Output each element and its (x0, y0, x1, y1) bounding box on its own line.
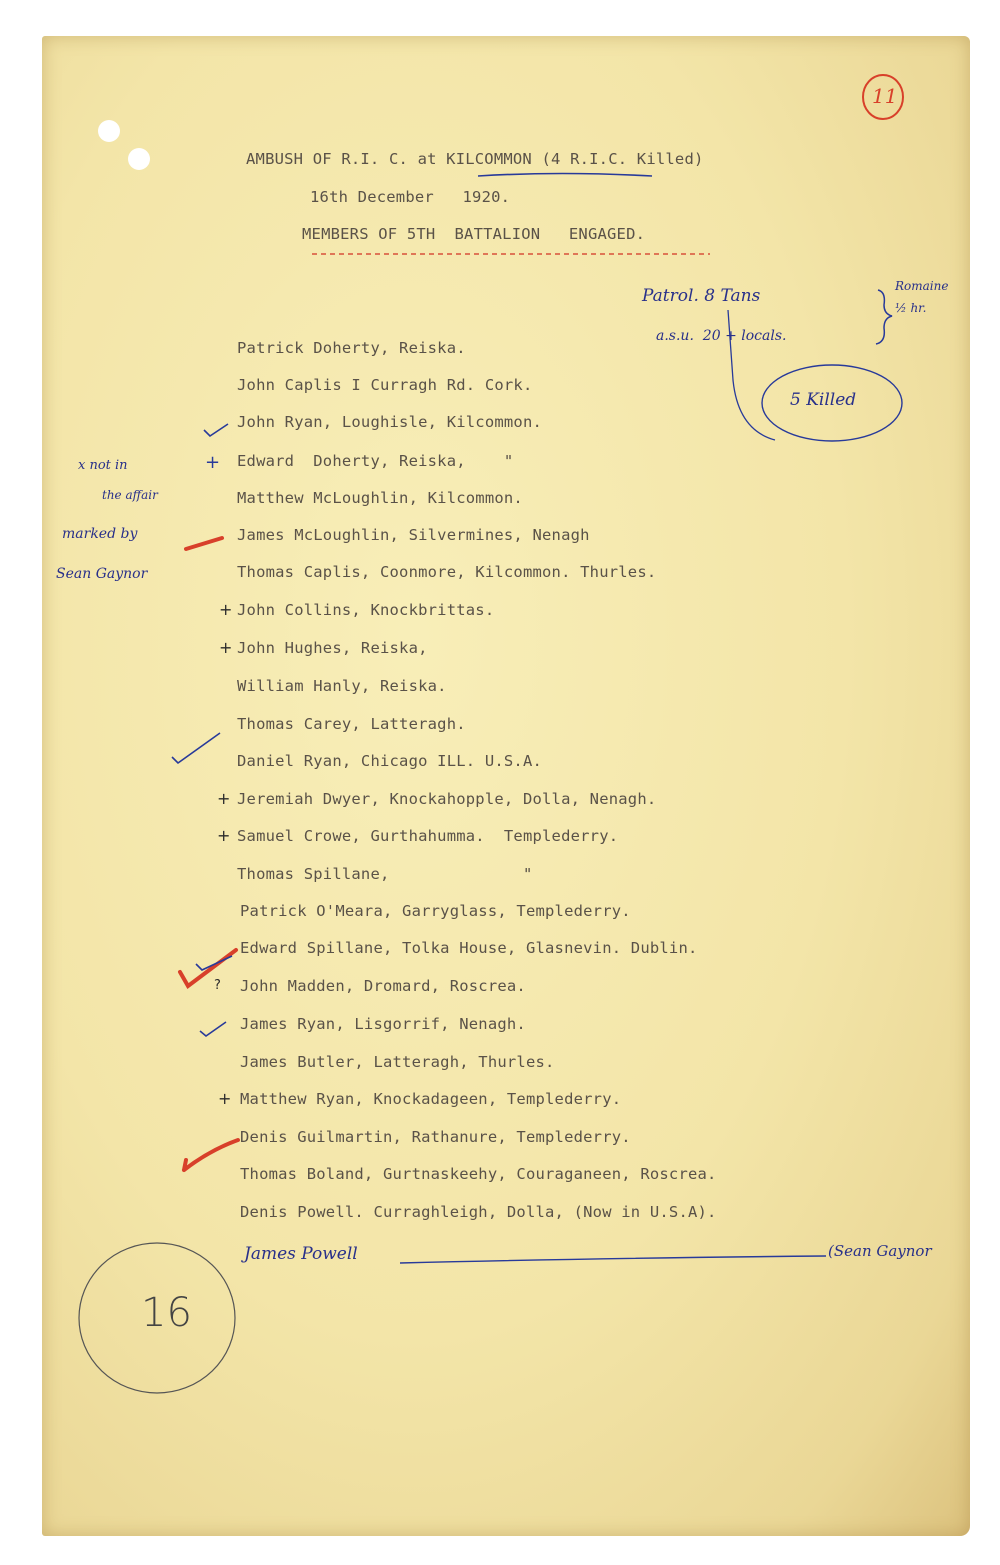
list-item: Patrick Doherty, Reiska. (237, 339, 466, 357)
list-item: James Butler, Latteragh, Thurles. (240, 1053, 555, 1071)
page-number-pencil: 16 (141, 1290, 192, 1336)
list-item: John Ryan, Loughisle, Kilcommon. (237, 413, 542, 431)
list-item: William Hanly, Reiska. (237, 677, 447, 695)
list-item: John Madden, Dromard, Roscrea. (240, 977, 526, 995)
document-date: 16th December 1920. (310, 188, 510, 206)
list-item: Thomas Carey, Latteragh. (237, 715, 466, 733)
margin-note-side: Romaine ½ hr. (895, 275, 955, 319)
list-item: Matthew Ryan, Knockadageen, Templederry. (240, 1090, 621, 1108)
left-note-line3: marked by (62, 526, 137, 542)
list-item: Thomas Boland, Gurtnaskeehy, Couraganeen… (240, 1165, 717, 1183)
list-item: Daniel Ryan, Chicago ILL. U.S.A. (237, 752, 542, 770)
list-item: Edward Doherty, Reiska, " (237, 452, 513, 470)
document-subtitle: MEMBERS OF 5TH BATTALION ENGAGED. (302, 225, 645, 243)
list-item: Patrick O'Meara, Garryglass, Templederry… (240, 902, 631, 920)
handwritten-addition: James Powell (244, 1244, 358, 1264)
margin-note-patrol: Patrol. 8 Tans (642, 286, 760, 306)
list-item: John Hughes, Reiska, (237, 639, 428, 657)
question-mark-icon: ? (214, 978, 221, 993)
list-item: Thomas Caplis, Coonmore, Kilcommon. Thur… (237, 563, 656, 581)
list-item: Samuel Crowe, Gurthahumma. Templederry. (237, 827, 618, 845)
document-title: AMBUSH OF R.I. C. at KILCOMMON (4 R.I.C.… (246, 150, 704, 168)
list-item: Jeremiah Dwyer, Knockahopple, Dolla, Nen… (237, 790, 656, 808)
margin-note-asu: a.s.u. 20 + locals. (656, 328, 786, 344)
handwritten-signature: (Sean Gaynor (828, 1242, 932, 1260)
page-number-red: 11 (872, 84, 897, 108)
list-item: Denis Powell. Curraghleigh, Dolla, (Now … (240, 1203, 717, 1221)
list-item: Matthew McLoughlin, Kilcommon. (237, 489, 523, 507)
list-item: James Ryan, Lisgorrif, Nenagh. (240, 1015, 526, 1033)
left-note-line2: the affair (102, 488, 158, 502)
list-item: James McLoughlin, Silvermines, Nenagh (237, 526, 590, 544)
cross-mark-icon: + (217, 826, 230, 845)
cross-mark-icon: + (219, 638, 232, 657)
left-note-line1: x not in (78, 458, 128, 473)
list-item: John Collins, Knockbrittas. (237, 601, 494, 619)
list-item: Thomas Spillane, " (237, 865, 533, 883)
list-item: Edward Spillane, Tolka House, Glasnevin.… (240, 939, 698, 957)
cross-mark-icon: + (219, 600, 232, 619)
cross-mark-icon: + (218, 1089, 231, 1108)
left-note-line4: Sean Gaynor (56, 566, 147, 582)
margin-note-killed: 5 Killed (790, 390, 856, 410)
list-item: John Caplis I Curragh Rd. Cork. (237, 376, 533, 394)
cross-mark-icon: + (217, 789, 230, 808)
cross-mark-icon: + (205, 452, 220, 473)
list-item: Denis Guilmartin, Rathanure, Templederry… (240, 1128, 631, 1146)
